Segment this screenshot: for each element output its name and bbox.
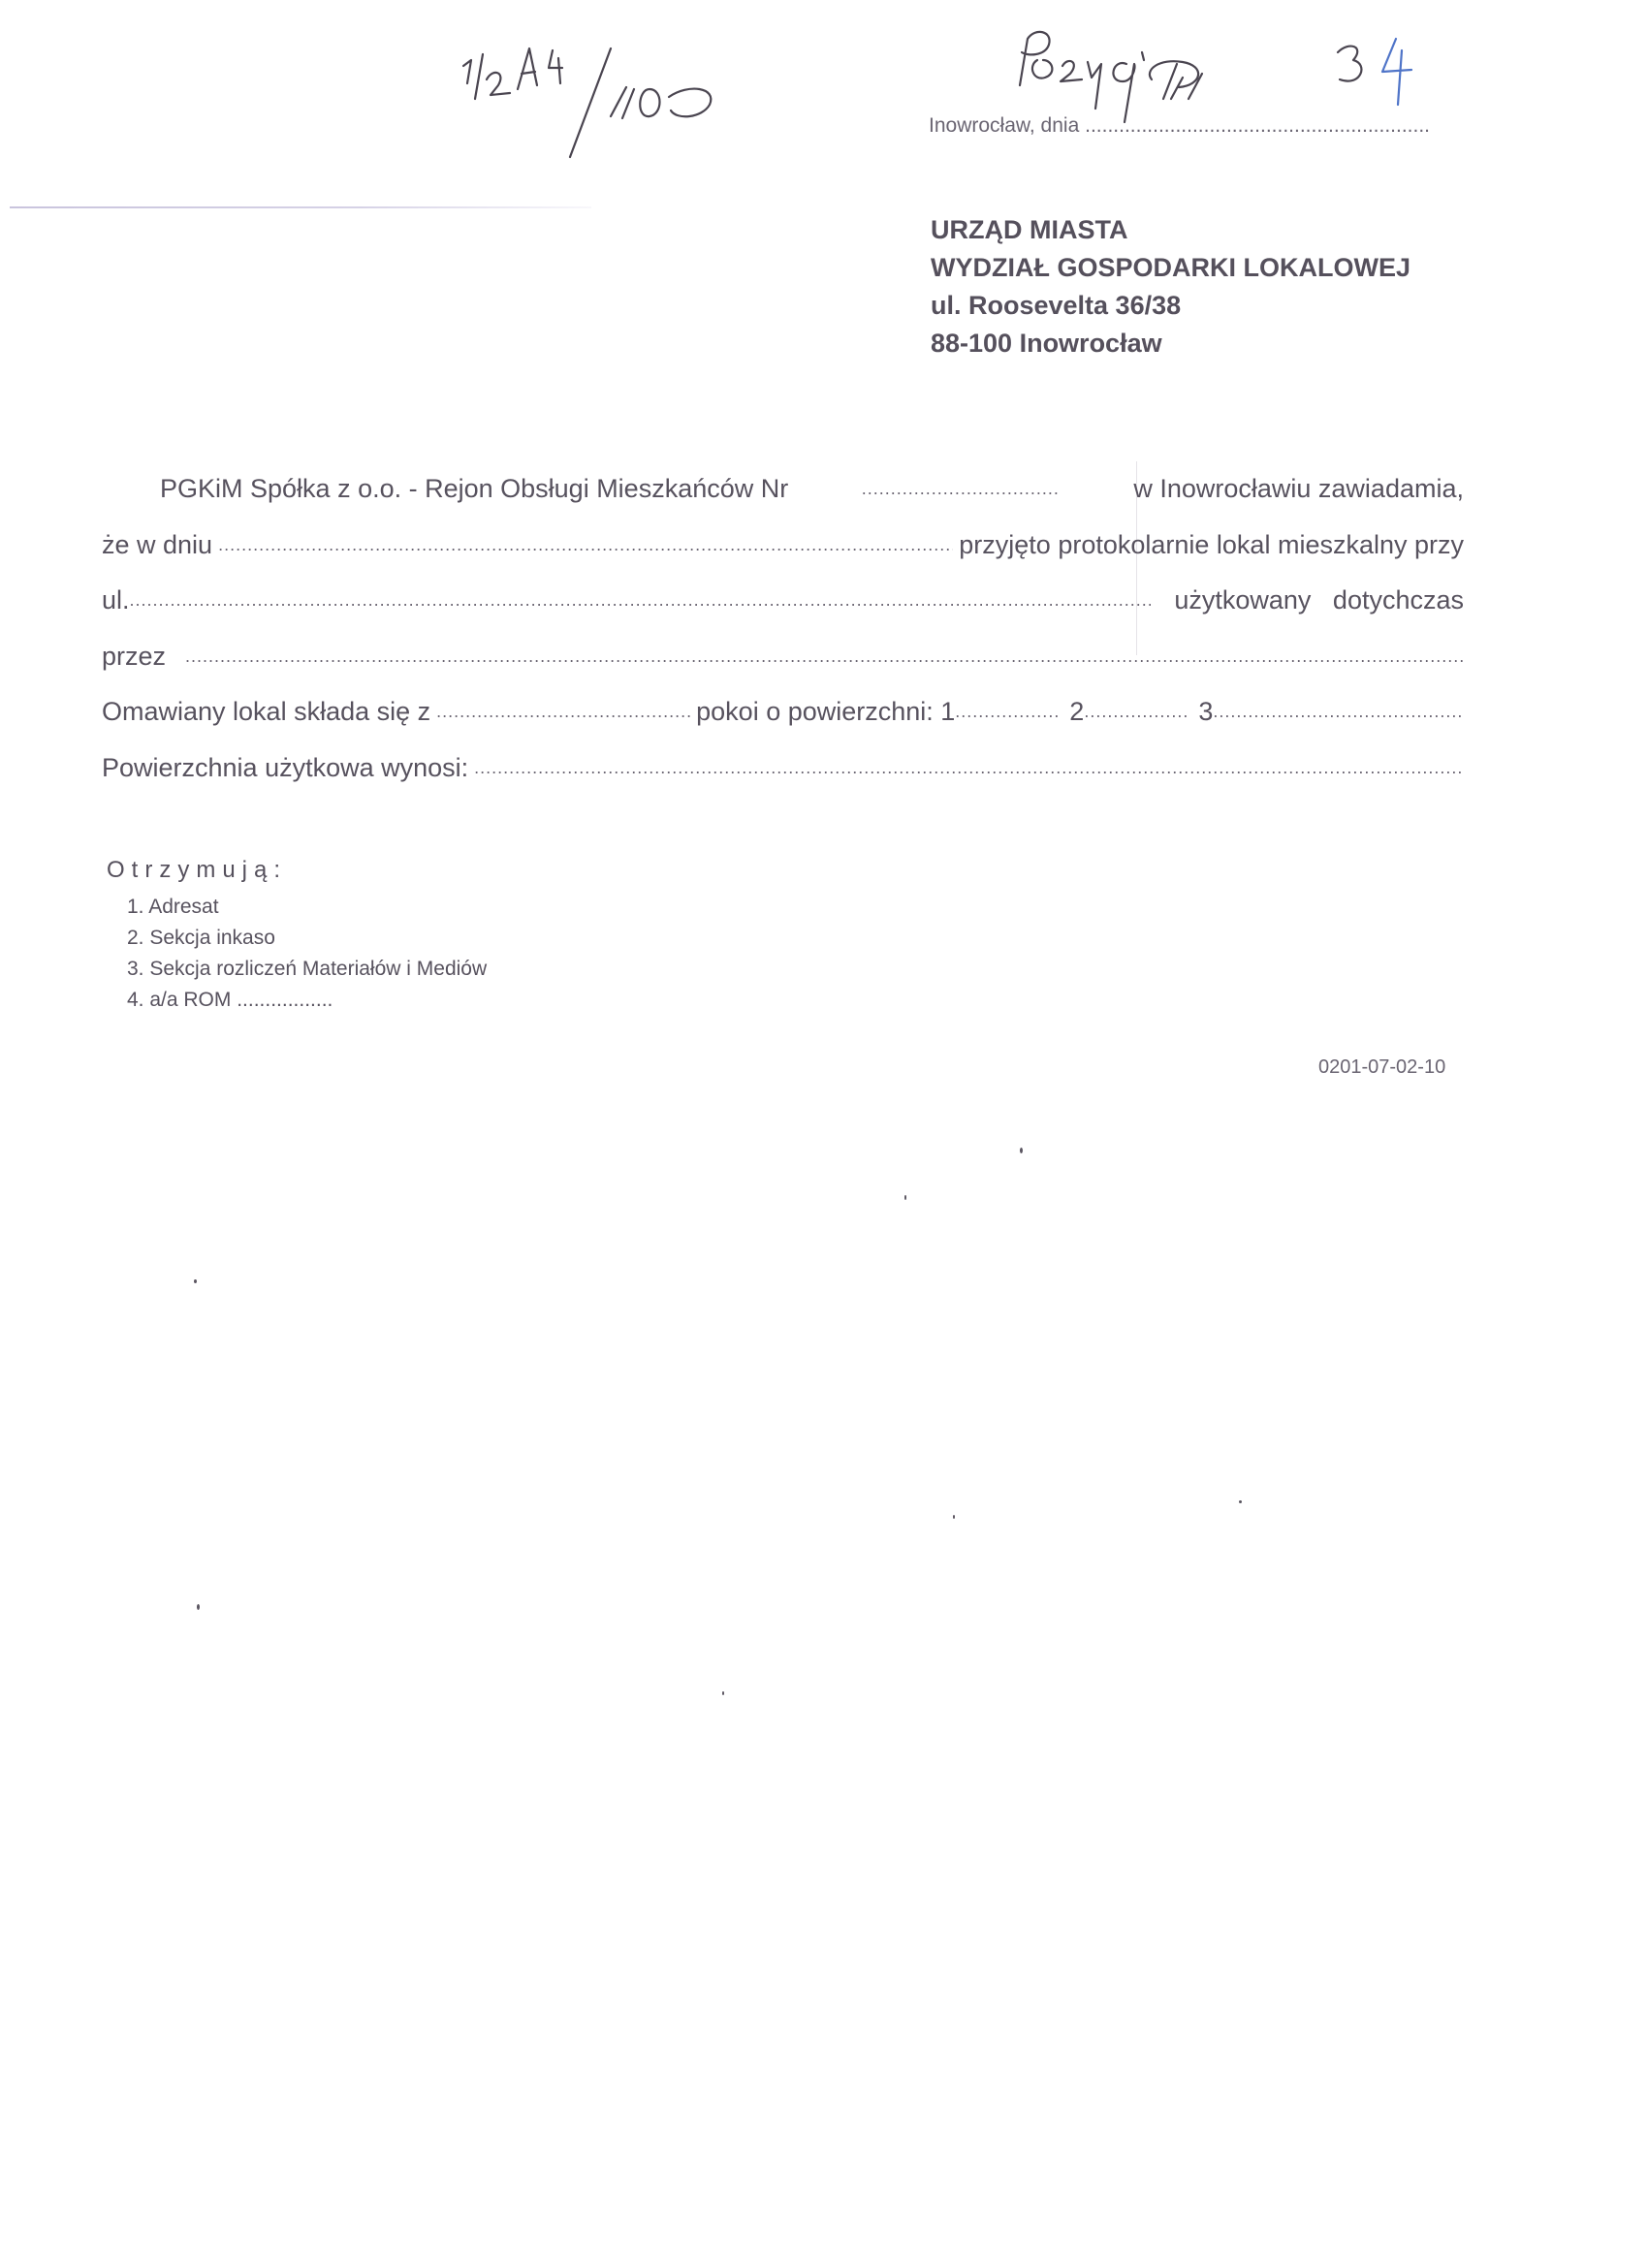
recipients-list: 1. Adresat 2. Sekcja inkaso 3. Sekcja ro… [127,892,487,1016]
scan-speck [197,1604,200,1610]
addressee-city: 88-100 Inowrocław [931,325,1410,362]
recipients-title: Otrzymują: [107,857,287,884]
form-code: 0201-07-02-10 [1318,1056,1445,1079]
rom-number-field[interactable] [862,461,1061,518]
addressee-department: WYDZIAŁ GOSPODARKI LOKALOWEJ [931,249,1410,287]
body-line-6: Powierzchnia użytkowa wynosi: [102,740,1464,797]
scan-speck [194,1279,197,1283]
place-date-label: Inowrocław, dnia [929,114,1079,137]
handwritten-reference-ink [456,29,746,145]
body-line-3: ul. użytkowany dotychczas [102,573,1464,629]
notification-body: PGKiM Spółka z o.o. - Rejon Obsługi Mies… [102,461,1464,796]
body-line-2: że w dniu przyjęto protokolarnie lokal m… [102,518,1464,574]
usable-area-field[interactable] [474,740,1464,797]
rooms-count-field[interactable] [436,684,690,740]
room1-area-field[interactable] [955,684,1060,740]
room3-area-field[interactable] [1213,684,1464,740]
place-date-line: Inowrocław, dnia .......................… [929,114,1430,138]
body-line-5: Omawiany lokal składa się z pokoi o powi… [102,684,1464,740]
date-accepted-field[interactable] [218,518,953,574]
handwritten-position: Pozycja 34 [998,17,1425,124]
room2-area-field[interactable] [1084,684,1188,740]
body-line-4: przez [102,629,1464,685]
addressee-block: URZĄD MIASTA WYDZIAŁ GOSPODARKI LOKALOWE… [931,211,1410,362]
handwritten-position-ink [998,17,1425,124]
recipient-item: 4. a/a ROM ................. [127,985,487,1016]
recipient-item: 1. Adresat [127,892,487,923]
addressee-street: ul. Roosevelta 36/38 [931,287,1410,325]
body-line-1: PGKiM Spółka z o.o. - Rejon Obsługi Mies… [102,461,1464,518]
horizontal-rule [10,206,591,208]
scan-speck [1239,1500,1242,1503]
handwritten-reference: 1/2A4/100 [456,29,746,145]
recipient-item: 2. Sekcja inkaso [127,923,487,954]
recipient-item: 3. Sekcja rozliczeń Materiałów i Mediów [127,954,487,985]
scan-speck [722,1691,724,1695]
scan-speck [953,1515,955,1519]
scan-speck [1020,1148,1023,1153]
date-field[interactable]: ........................................… [1085,114,1430,137]
previous-user-field[interactable] [185,629,1464,685]
street-field[interactable] [130,573,1152,629]
scan-speck [904,1195,906,1200]
addressee-office: URZĄD MIASTA [931,211,1410,249]
